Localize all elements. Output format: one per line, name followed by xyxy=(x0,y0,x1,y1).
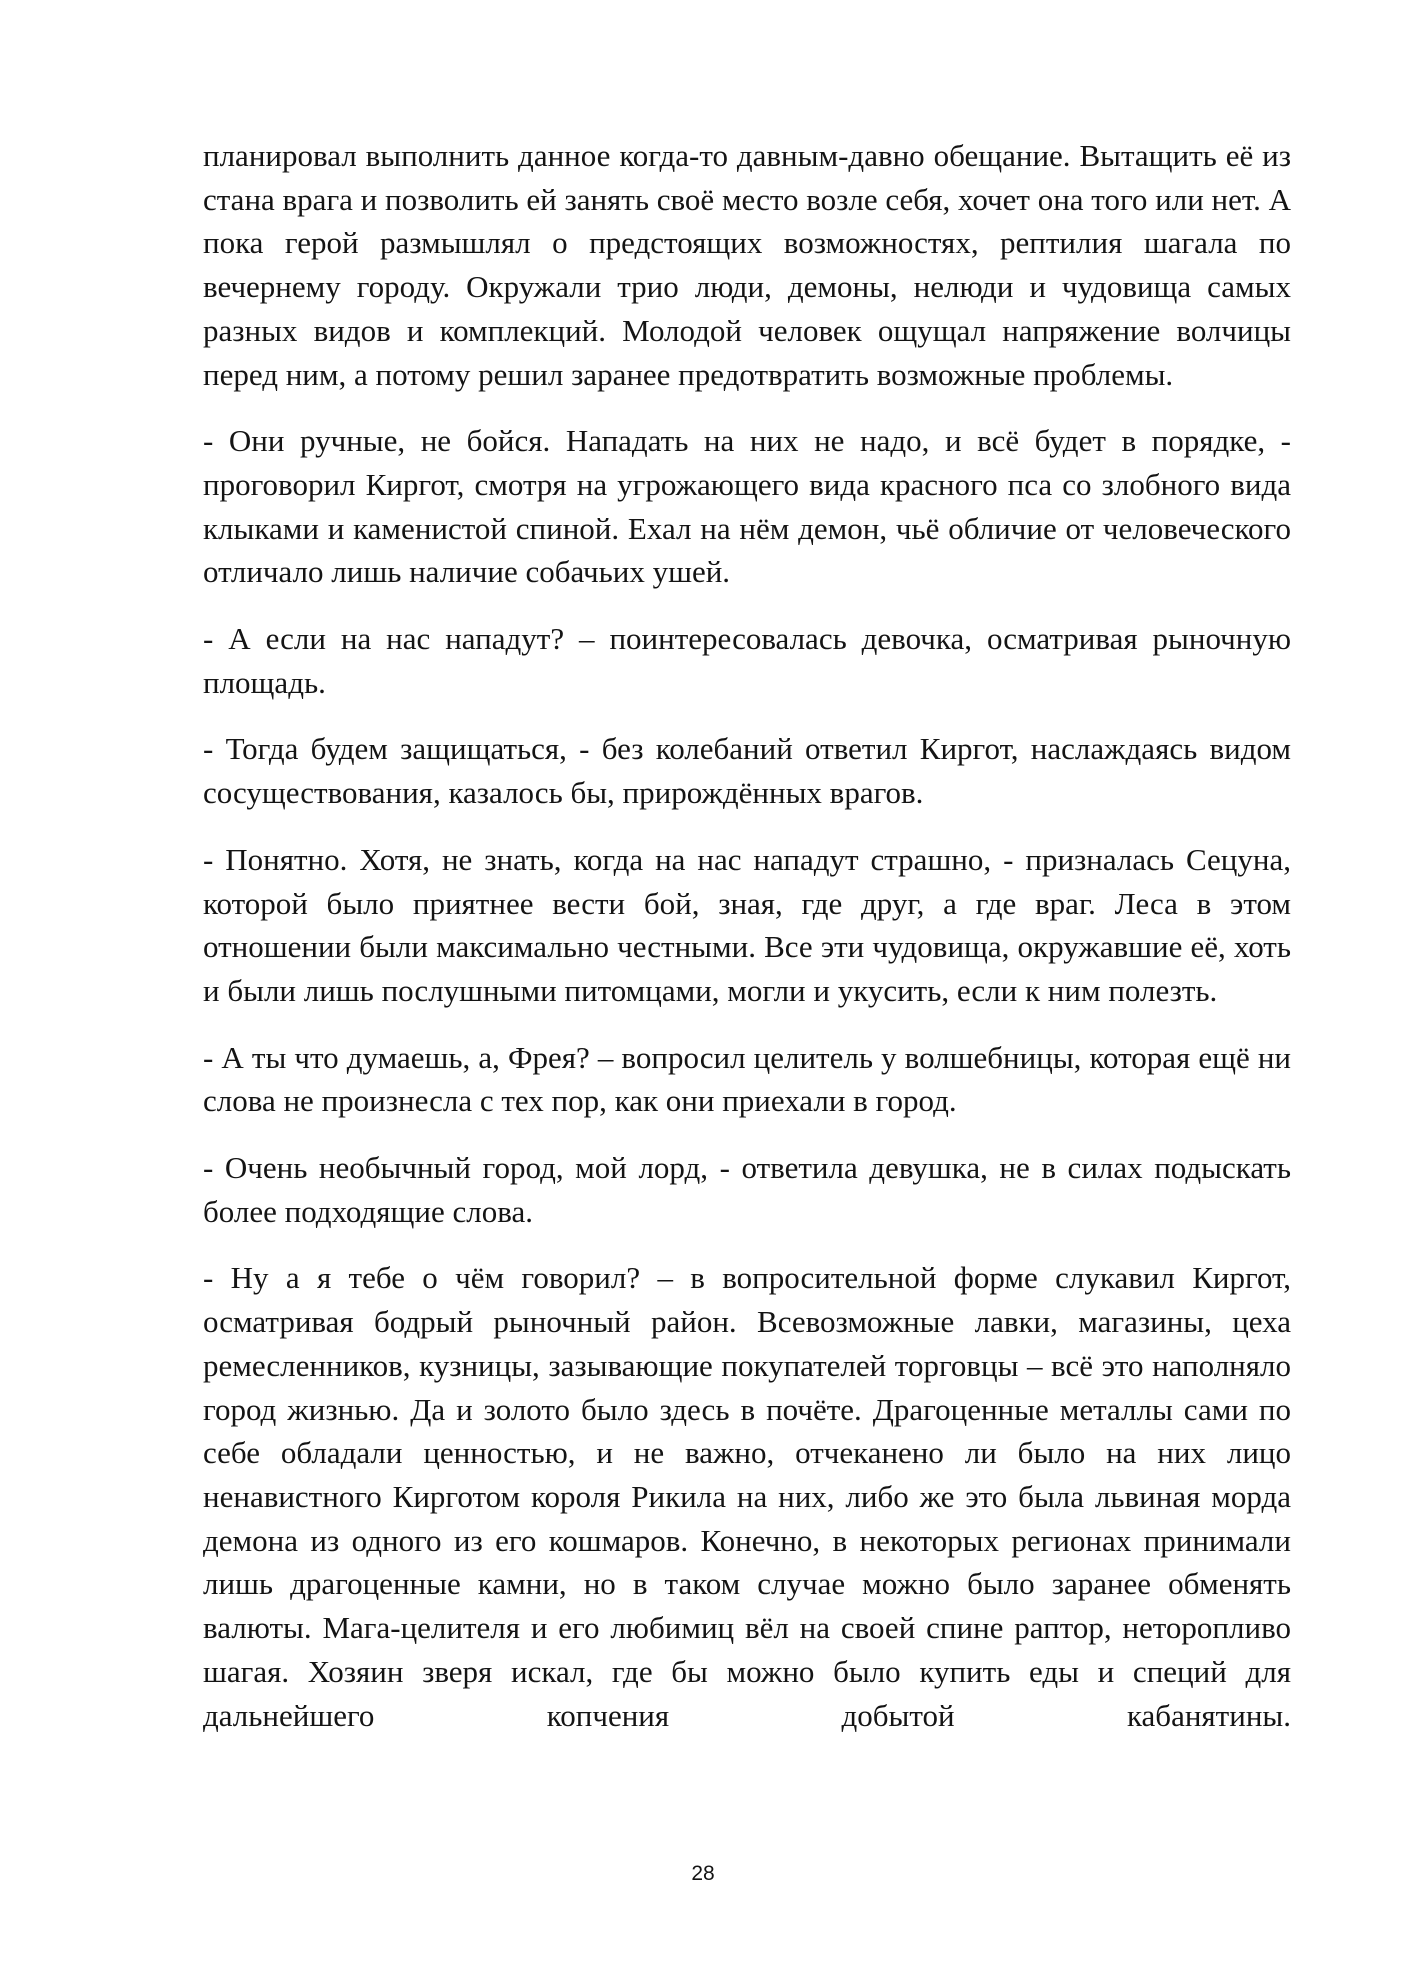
paragraph: - Тогда будем защищаться, - без колебани… xyxy=(203,727,1291,814)
body-text: планировал выполнить данное когда-то дав… xyxy=(203,134,1291,1760)
paragraph: - Понятно. Хотя, не знать, когда на нас … xyxy=(203,838,1291,1013)
paragraph: - Очень необычный город, мой лорд, - отв… xyxy=(203,1146,1291,1233)
paragraph: - Они ручные, не бойся. Нападать на них … xyxy=(203,419,1291,594)
paragraph: планировал выполнить данное когда-то дав… xyxy=(203,134,1291,396)
document-page: планировал выполнить данное когда-то дав… xyxy=(0,0,1406,1988)
paragraph: - А ты что думаешь, а, Фрея? – вопросил … xyxy=(203,1036,1291,1123)
page-number: 28 xyxy=(0,1862,1406,1886)
paragraph: - Ну а я тебе о чём говорил? – в вопроси… xyxy=(203,1256,1291,1737)
paragraph: - А если на нас нападут? – поинтересовал… xyxy=(203,617,1291,704)
